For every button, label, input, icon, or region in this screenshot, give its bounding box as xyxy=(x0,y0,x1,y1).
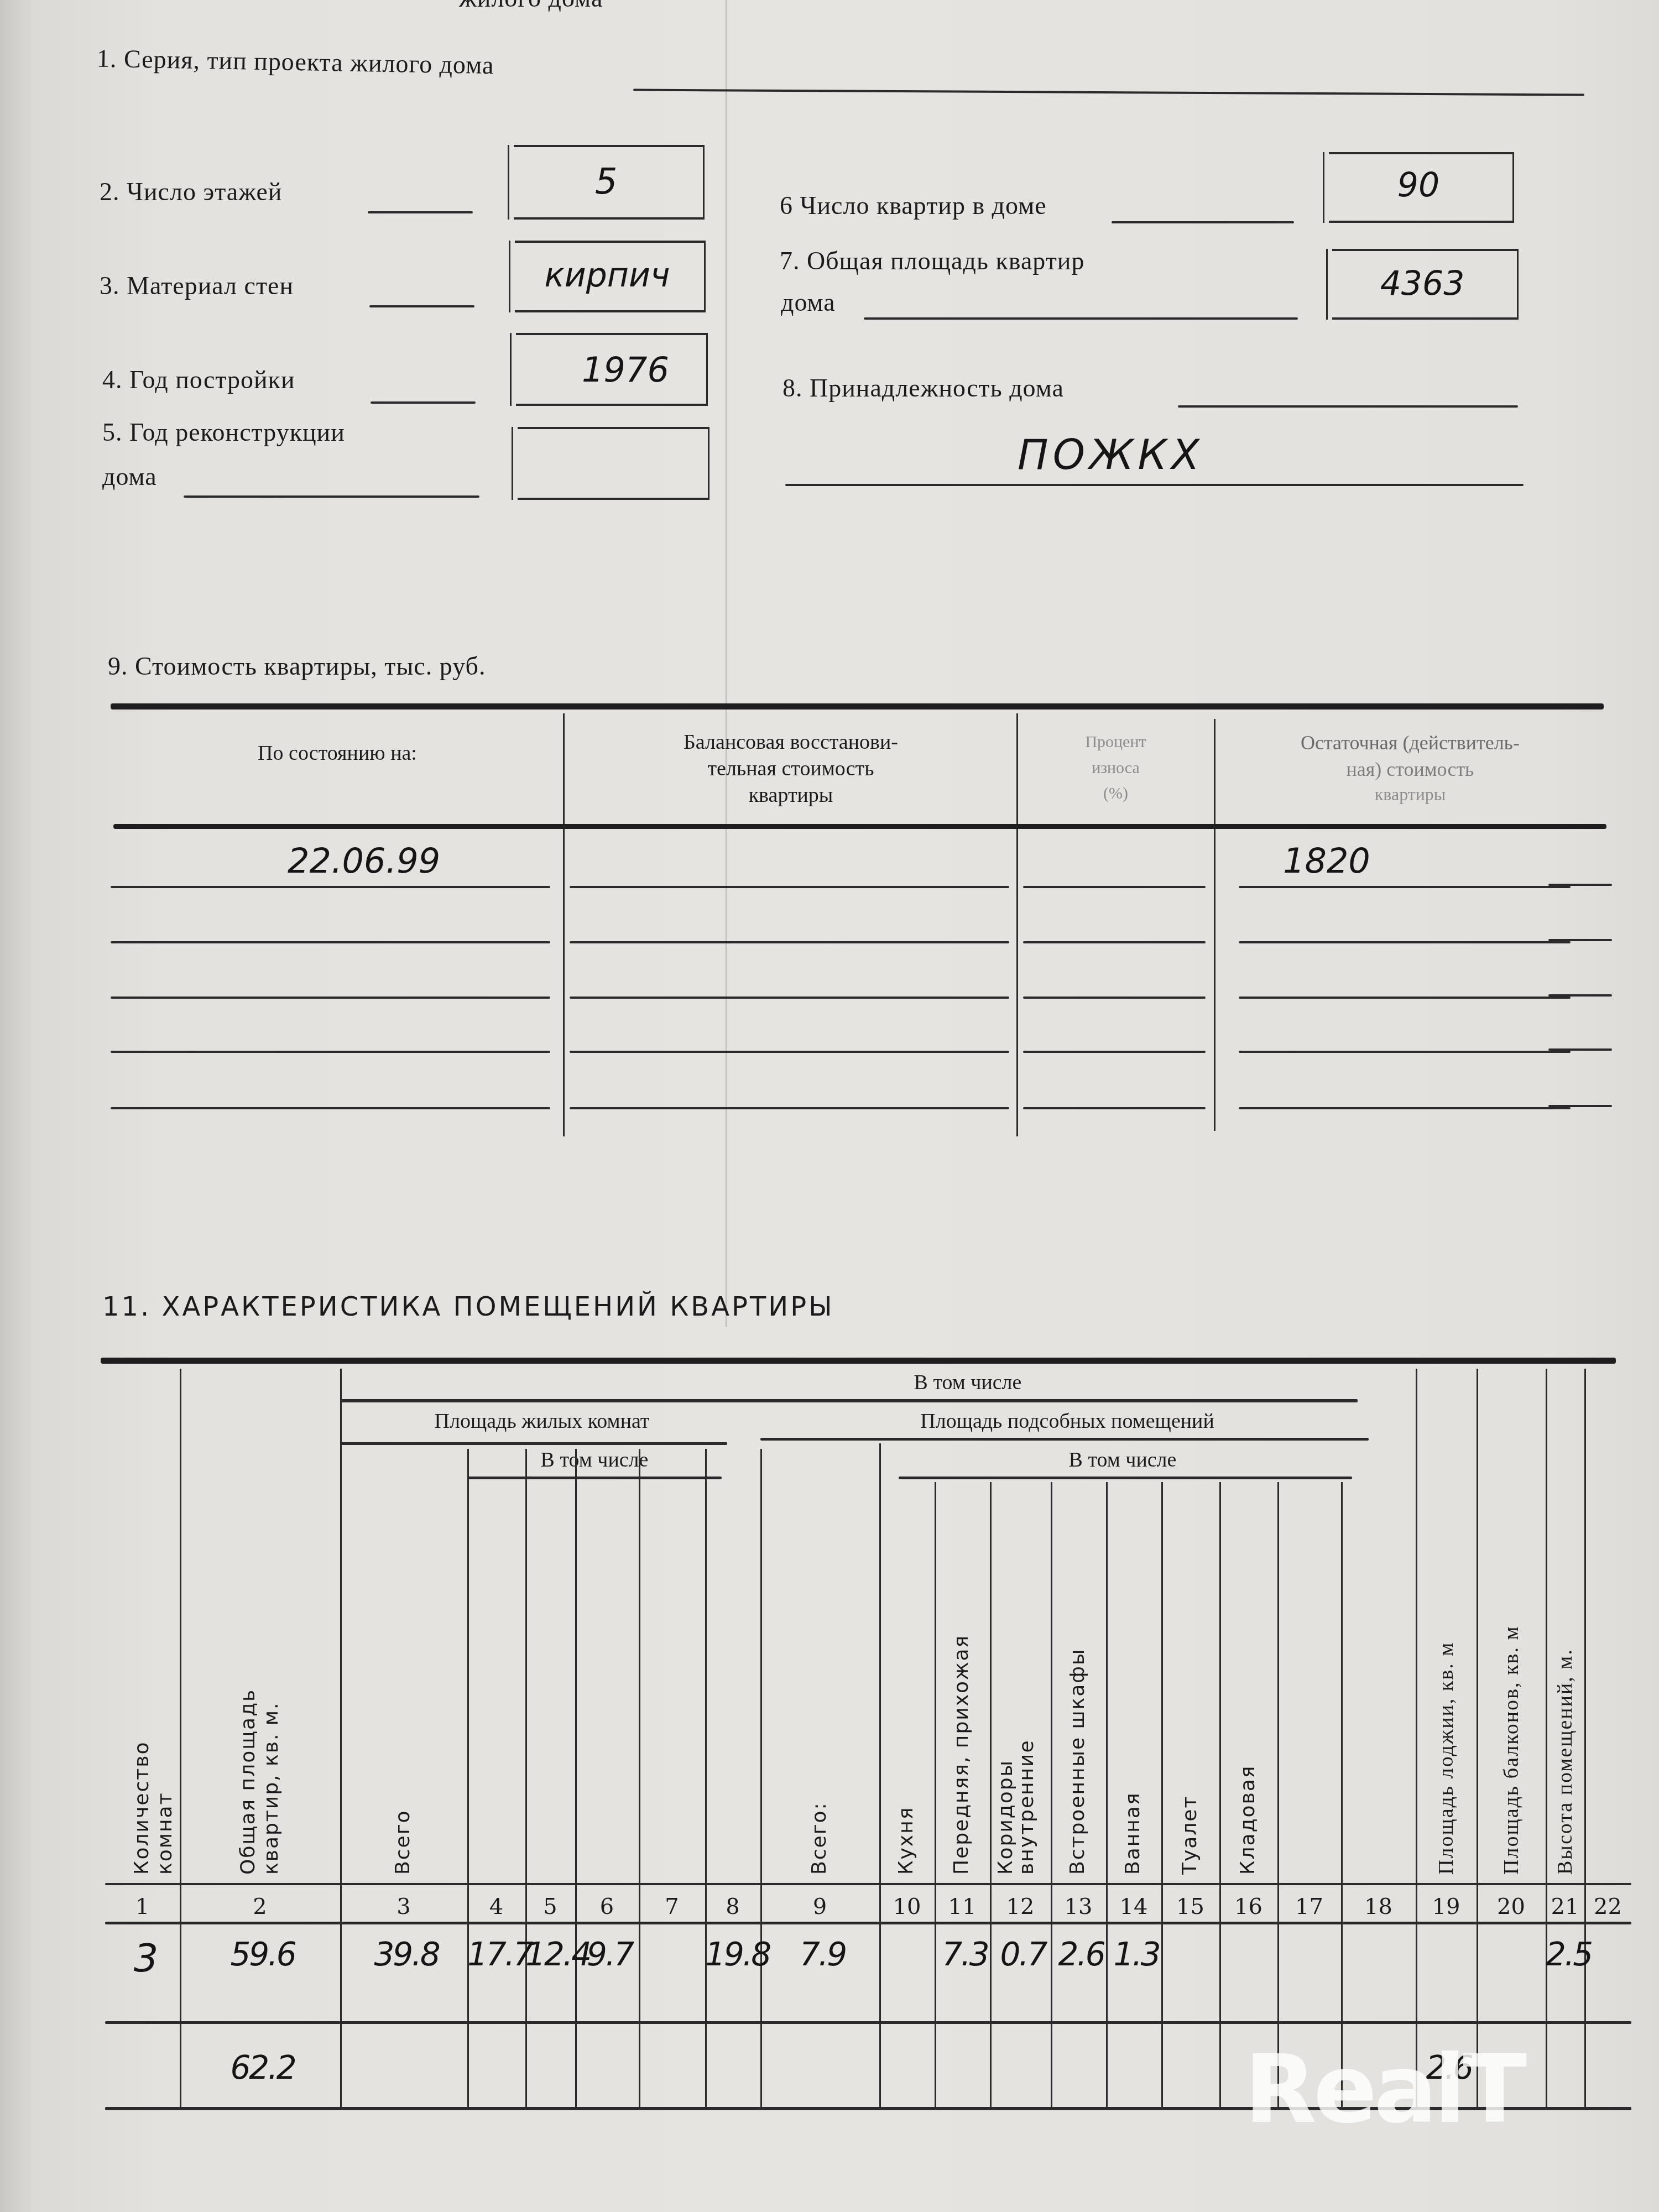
rooms-col-divider xyxy=(1341,1482,1343,2107)
field-reconstruction-label: 5. Год реконструкции xyxy=(102,418,345,447)
rooms-col-number: 17 xyxy=(1277,1894,1341,1919)
rooms-col-header: Площадь лоджии, кв. м xyxy=(1434,1642,1458,1875)
cost-cell-wear[interactable] xyxy=(1023,886,1206,888)
cost-cell-residual[interactable] xyxy=(1239,941,1571,943)
rooms-cell[interactable]: 59.6 xyxy=(180,1936,346,1973)
cost-col-divider-3 xyxy=(1214,719,1215,1131)
rooms-col-number: 6 xyxy=(575,1894,639,1919)
field-year-built-box[interactable]: 1976 xyxy=(510,333,708,406)
rooms-col-number: 4 xyxy=(467,1894,525,1919)
cost-col-divider-1 xyxy=(563,713,565,1136)
rooms-col-divider xyxy=(525,1449,527,2107)
rooms-section-title: 11. ХАРАКТЕРИСТИКА ПОМЕЩЕНИЙ КВАРТИРЫ xyxy=(102,1291,834,1322)
cost-col-divider-2 xyxy=(1016,713,1018,1136)
field-floors-leader xyxy=(368,211,473,213)
field-walls-value: кирпич xyxy=(510,256,704,295)
cost-cell-residual[interactable] xyxy=(1239,1051,1571,1053)
rooms-col-divider xyxy=(1106,1482,1108,2107)
cost-cell-wear[interactable] xyxy=(1023,1107,1206,1109)
rooms-col-divider xyxy=(1219,1482,1221,2107)
rooms-cell[interactable]: 9.7 xyxy=(575,1936,644,1973)
field-floors-label: 2. Число этажей xyxy=(100,177,282,206)
cost-section-title: 9. Стоимость квартиры, тыс. руб. xyxy=(108,651,486,681)
cost-cell-wear[interactable] xyxy=(1023,997,1206,999)
cost-cell-residual[interactable] xyxy=(1239,886,1571,888)
cost-header-balance-2: тельная стоимость xyxy=(570,757,1012,781)
cost-cell-extra xyxy=(1548,1105,1612,1107)
rooms-col-divider xyxy=(760,1449,762,2107)
field-floors-box[interactable]: 5 xyxy=(508,145,705,220)
rooms-col-header: Высота помещений, м. xyxy=(1553,1648,1577,1875)
field-series-input[interactable] xyxy=(633,88,1584,96)
cost-cell-wear[interactable] xyxy=(1023,941,1206,943)
cost-header-residual-2: ная) стоимость xyxy=(1217,758,1604,781)
rooms-col-header: Общая площадь квартир, кв. м. xyxy=(237,1642,283,1875)
rooms-cell[interactable]: 17.7 xyxy=(467,1936,531,1973)
field-total-area-value: 4363 xyxy=(1328,264,1517,303)
rooms-col-number: 1 xyxy=(105,1894,180,1919)
rooms-cell[interactable]: 62.2 xyxy=(180,2049,346,2086)
cost-value-date: 22.06.99 xyxy=(288,841,440,881)
cost-cell-residual[interactable] xyxy=(1239,1107,1571,1109)
cost-cell-wear[interactable] xyxy=(1023,1051,1206,1053)
rooms-col-divider xyxy=(990,1482,992,2107)
rooms-col-divider xyxy=(1161,1482,1163,2107)
cost-cell-balance[interactable] xyxy=(570,1107,1009,1109)
rooms-col-divider xyxy=(879,1443,881,2107)
rooms-header-including: В том числе xyxy=(691,1370,1244,1395)
rooms-col-divider xyxy=(575,1449,577,2107)
rooms-col-number: 7 xyxy=(639,1894,705,1919)
cost-cell-extra xyxy=(1548,994,1612,997)
rooms-header-aux-area: Площадь подсобных помещений xyxy=(763,1409,1371,1433)
field-apartments-value: 90 xyxy=(1324,166,1512,205)
rooms-col-number: 8 xyxy=(705,1894,760,1919)
rooms-col-header: Туалет xyxy=(1178,1796,1201,1875)
rooms-cell[interactable]: 2.5 xyxy=(1546,1936,1590,1973)
field-reconstruction-leader xyxy=(184,495,479,498)
rooms-header-living-including: В том числе xyxy=(465,1448,724,1472)
cost-cell-balance[interactable] xyxy=(570,997,1009,999)
cost-cell-extra xyxy=(1548,884,1612,886)
field-total-area-box[interactable]: 4363 xyxy=(1326,249,1519,320)
cost-cell-date[interactable] xyxy=(111,886,550,888)
rooms-col-divider xyxy=(1051,1482,1052,2107)
rooms-row-rule xyxy=(105,1883,1631,1885)
cost-header-date: По состоянию на: xyxy=(127,741,547,765)
rooms-header-living-rule xyxy=(340,1442,727,1445)
rooms-header-aux-rule xyxy=(760,1438,1369,1441)
page-fold-line xyxy=(726,0,727,1327)
rooms-col-number: 15 xyxy=(1161,1894,1219,1919)
cost-cell-balance[interactable] xyxy=(570,941,1009,943)
rooms-col-divider xyxy=(1416,1369,1417,2107)
cost-table-top-rule xyxy=(111,703,1604,709)
rooms-col-number: 10 xyxy=(879,1894,935,1919)
rooms-col-header: Кухня xyxy=(895,1807,917,1875)
rooms-col-header: Кладовая xyxy=(1237,1765,1259,1875)
rooms-col-number: 16 xyxy=(1219,1894,1277,1919)
rooms-col-header: Площадь балконов, кв. м xyxy=(1499,1626,1524,1875)
rooms-col-header: Всего: xyxy=(808,1802,831,1875)
cost-header-wear-2: износа xyxy=(1020,759,1211,778)
field-apartments-leader xyxy=(1112,221,1294,223)
rooms-col-header: Количество комнат xyxy=(131,1709,177,1875)
cost-cell-balance[interactable] xyxy=(570,1051,1009,1053)
cost-cell-extra xyxy=(1548,1048,1612,1051)
field-floors-value: 5 xyxy=(509,161,703,202)
rooms-col-number: 5 xyxy=(525,1894,575,1919)
field-series-label: 1. Серия, тип проекта жилого дома xyxy=(97,44,494,80)
rooms-col-number: 13 xyxy=(1051,1894,1106,1919)
field-ownership-value: ПОЖКХ xyxy=(1018,431,1204,479)
field-total-area-label: 7. Общая площадь квартир xyxy=(780,246,1084,275)
realt-watermark: RealT xyxy=(1244,2035,1524,2145)
rooms-cell[interactable]: 0.7 xyxy=(990,1936,1056,1973)
cost-header-residual-3: квартиры xyxy=(1217,784,1604,805)
cost-value-residual: 1820 xyxy=(1283,841,1370,881)
rooms-col-divider xyxy=(1546,1369,1547,2107)
cost-header-balance-1: Балансовая восстанови- xyxy=(570,730,1012,754)
rooms-col-number: 3 xyxy=(340,1894,467,1919)
cost-header-balance-3: квартиры xyxy=(570,783,1012,807)
rooms-cell[interactable]: 39.8 xyxy=(340,1936,473,1973)
rooms-col-number: 12 xyxy=(990,1894,1051,1919)
field-walls-box[interactable]: кирпич xyxy=(509,241,706,312)
field-apartments-box[interactable]: 90 xyxy=(1323,152,1514,223)
cost-cell-date[interactable] xyxy=(111,997,550,999)
cost-cell-balance[interactable] xyxy=(570,886,1009,888)
rooms-row-rule xyxy=(105,1922,1631,1924)
rooms-col-divider xyxy=(705,1449,707,2107)
rooms-col-number: 2 xyxy=(180,1894,340,1919)
rooms-col-header: Ванная xyxy=(1121,1792,1144,1875)
rooms-cell[interactable]: 1.3 xyxy=(1106,1936,1167,1973)
rooms-col-divider xyxy=(340,1369,342,2107)
rooms-col-header: Всего xyxy=(392,1809,414,1875)
rooms-col-header: Передняя, прихожая xyxy=(950,1635,973,1875)
field-year-built-value: 1976 xyxy=(512,349,706,390)
rooms-col-divider xyxy=(639,1449,640,2107)
rooms-col-divider xyxy=(1277,1482,1279,2107)
field-apartments-label: 6 Число квартир в доме xyxy=(780,191,1047,220)
cost-table-header-rule xyxy=(113,824,1606,829)
rooms-cell[interactable]: 7.9 xyxy=(760,1936,885,1973)
rooms-row-rule xyxy=(105,2021,1631,2024)
rooms-cell[interactable]: 7.3 xyxy=(935,1936,995,1973)
rooms-cell[interactable]: 3 xyxy=(105,1936,185,1981)
cost-header-wear-1: Процент xyxy=(1020,733,1211,752)
cost-cell-residual[interactable] xyxy=(1239,997,1571,999)
field-year-built-leader xyxy=(371,401,476,404)
rooms-header-including-rule xyxy=(340,1399,1358,1402)
rooms-col-number: 14 xyxy=(1106,1894,1161,1919)
cost-cell-date[interactable] xyxy=(111,1051,550,1053)
field-ownership-label: 8. Принадлежность дома xyxy=(782,373,1064,403)
cost-cell-date[interactable] xyxy=(111,941,550,943)
rooms-col-header: Коридоры внутренние xyxy=(995,1709,1037,1875)
rooms-col-divider xyxy=(935,1482,936,2107)
cost-header-wear-3: (%) xyxy=(1020,784,1211,803)
field-total-area-leader xyxy=(864,317,1298,320)
rooms-col-number: 22 xyxy=(1584,1894,1631,1919)
field-total-area-label-2: дома xyxy=(781,288,836,317)
rooms-header-living-area: Площадь жилых комнат xyxy=(343,1409,741,1433)
partial-page-title: жилого дома xyxy=(459,0,603,13)
rooms-table-top-rule xyxy=(101,1358,1616,1364)
rooms-col-header: Встроенные шкафы xyxy=(1066,1648,1089,1875)
field-walls-label: 3. Материал стен xyxy=(100,271,294,300)
rooms-col-divider xyxy=(1477,1369,1478,2107)
rooms-cell[interactable]: 12.4 xyxy=(525,1936,581,1973)
cost-header-residual-1: Остаточная (действитель- xyxy=(1217,731,1604,754)
rooms-col-number: 21 xyxy=(1546,1894,1584,1919)
rooms-col-divider xyxy=(467,1449,469,2107)
rooms-col-number: 9 xyxy=(760,1894,879,1919)
rooms-cell[interactable]: 2.6 xyxy=(1051,1936,1112,1973)
rooms-col-number: 19 xyxy=(1416,1894,1477,1919)
rooms-cell[interactable]: 19.8 xyxy=(705,1936,766,1973)
rooms-col-divider xyxy=(1584,1369,1586,2107)
field-reconstruction-box[interactable] xyxy=(512,427,709,500)
rooms-col-number: 20 xyxy=(1477,1894,1546,1919)
rooms-col-divider xyxy=(180,1369,181,2107)
rooms-col-number: 18 xyxy=(1341,1894,1416,1919)
cost-cell-extra xyxy=(1548,939,1612,941)
field-reconstruction-label-2: дома xyxy=(102,462,157,491)
field-ownership-input[interactable] xyxy=(785,484,1524,486)
rooms-header-aux-including: В том числе xyxy=(896,1448,1349,1472)
field-ownership-leader xyxy=(1178,405,1518,408)
field-walls-leader xyxy=(369,305,474,307)
cost-cell-date[interactable] xyxy=(111,1107,550,1109)
rooms-col-number: 11 xyxy=(935,1894,990,1919)
field-year-built-label: 4. Год постройки xyxy=(102,365,295,394)
rooms-header-living-including-rule xyxy=(467,1477,722,1479)
rooms-header-aux-including-rule xyxy=(899,1477,1352,1479)
